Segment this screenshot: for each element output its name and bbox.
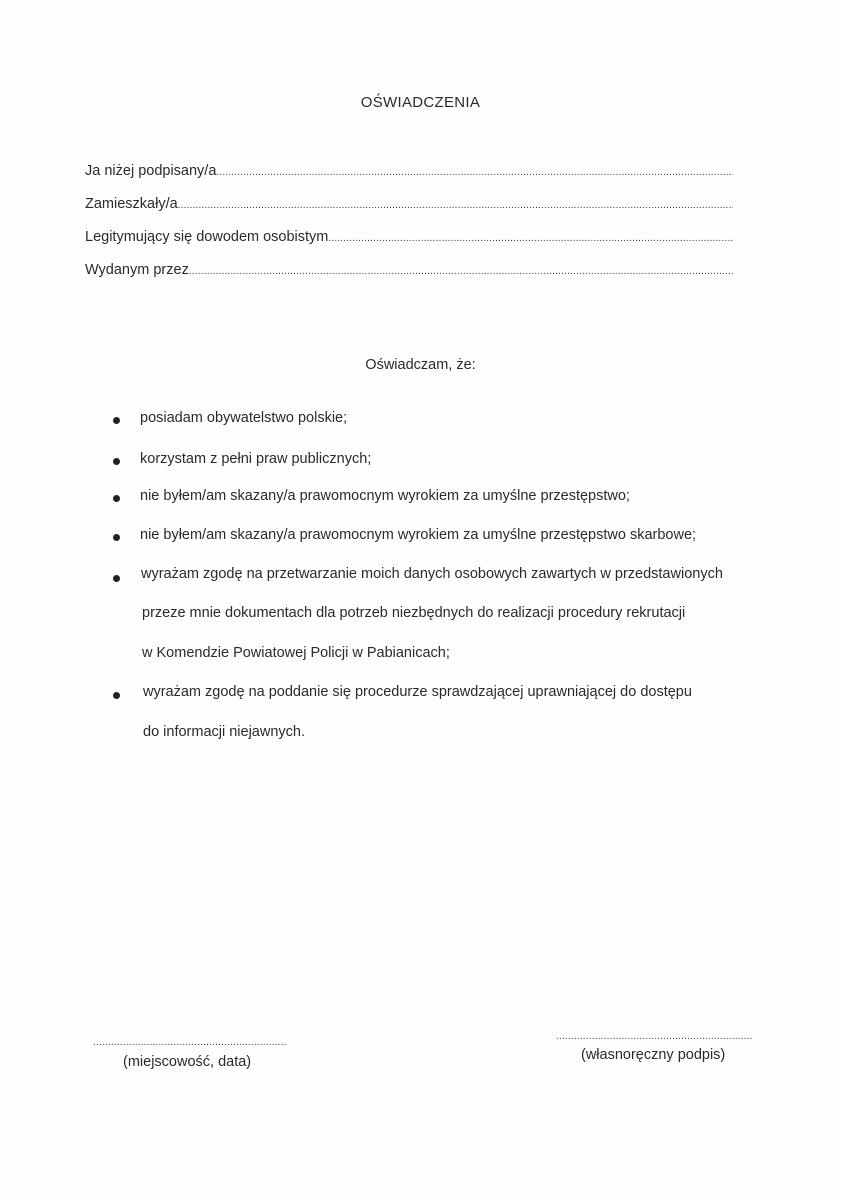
field-address-input-line[interactable]: ........................................… [178,200,733,211]
field-name[interactable]: Ja niżej podpisany/a ...................… [85,163,733,179]
field-issued-by[interactable]: Wydanym przez ..........................… [85,262,733,278]
field-address[interactable]: Zamieszkały/a ..........................… [85,196,733,212]
declaration-intro: Oświadczam, że: [0,357,841,373]
declaration-item: nie byłem/am skazany/a prawomocnym wyrok… [140,527,696,543]
place-date-label: (miejscowość, data) [123,1054,251,1070]
bullet-icon [113,417,120,424]
bullet-icon [113,575,120,582]
declaration-item: korzystam z pełni praw publicznych; [140,451,371,467]
field-issued-by-label: Wydanym przez [85,262,189,278]
field-id-card-label: Legitymujący się dowodem osobistym [85,229,328,245]
document-page: OŚWIADCZENIA Ja niżej podpisany/a ......… [0,0,841,1200]
declaration-item: nie byłem/am skazany/a prawomocnym wyrok… [140,488,630,504]
place-date-input-line[interactable]: ........................................… [93,1037,286,1048]
declaration-item-line: w Komendzie Powiatowej Policji w Pabiani… [142,645,450,661]
field-id-card-input-line[interactable]: ........................................… [328,233,733,244]
field-name-input-line[interactable]: ........................................… [216,167,733,178]
field-id-card[interactable]: Legitymujący się dowodem osobistym .....… [85,229,733,245]
document-title: OŚWIADCZENIA [0,94,841,111]
declaration-item: posiadam obywatelstwo polskie; [140,410,347,426]
declaration-item-line: wyrażam zgodę na przetwarzanie moich dan… [141,566,723,582]
declaration-item-line: przeze mnie dokumentach dla potrzeb niez… [142,605,685,621]
signature-input-line[interactable]: ........................................… [556,1031,753,1042]
declaration-item-line: wyrażam zgodę na poddanie się procedurze… [143,684,692,700]
bullet-icon [113,692,120,699]
bullet-icon [113,534,120,541]
field-name-label: Ja niżej podpisany/a [85,163,216,179]
field-issued-by-input-line[interactable]: ........................................… [189,266,733,277]
bullet-icon [113,495,120,502]
bullet-icon [113,458,120,465]
field-address-label: Zamieszkały/a [85,196,178,212]
declaration-item-line: do informacji niejawnych. [143,724,305,740]
signature-label: (własnoręczny podpis) [581,1047,725,1063]
